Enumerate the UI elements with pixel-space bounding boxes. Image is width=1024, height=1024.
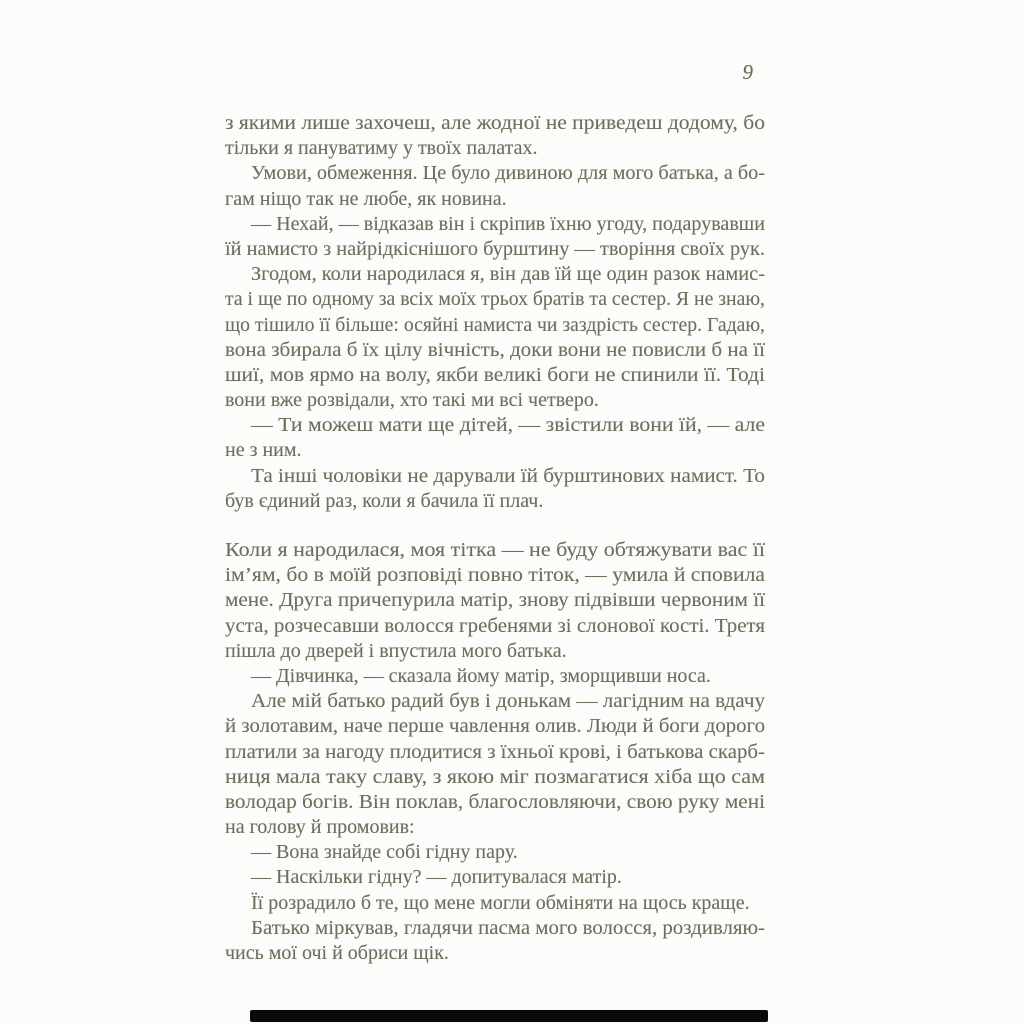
text-line-content: Коли я народилася, моя тітка — не буду о… [225, 538, 765, 563]
text-line-content: уста, розчесавши волосся гребенями зі сл… [225, 614, 765, 639]
text-line: уста, розчесавши волосся гребенями зі сл… [225, 614, 765, 639]
text-line-content: Але мій батько радий був і донькам — лаг… [251, 689, 765, 714]
text-line: Коли я народилася, моя тітка — не буду о… [225, 538, 765, 563]
text-line-content: — Вона знайде собі гідну пару. [251, 840, 518, 865]
book-page: 9 з якими лише захочеш, але жодної не пр… [0, 0, 1024, 1024]
text-line: вони вже розвідали, хто такі ми всі четв… [225, 388, 765, 413]
text-block: з якими лише захочеш, але жодної не прив… [225, 111, 765, 966]
text-line: ім’ям, бо в моїй розповіді повно тіток, … [225, 563, 765, 588]
text-line: Але мій батько радий був і донькам — лаг… [225, 689, 765, 714]
text-line: тільки я пануватиму у твоїх палатах. [225, 136, 765, 161]
text-line-content: Батько міркував, гладячи пасма мого воло… [251, 916, 765, 941]
text-line: — Наскільки гідну? — допитувалася матір. [225, 865, 765, 890]
text-line-content: й золотавим, наче перше чавлення олив. Л… [225, 714, 765, 739]
text-line: — Нехай, — відказав він і скріпив їхню у… [225, 212, 765, 237]
text-line: Її розрадило б те, що мене могли обмінят… [225, 891, 765, 916]
text-line: та і ще по одному за всіх моїх трьох бра… [225, 287, 765, 312]
text-line-content: мене. Друга причепурила матір, знову під… [225, 588, 765, 613]
text-line: й золотавим, наче перше чавлення олив. Л… [225, 714, 765, 739]
text-line: Умови, обмеження. Це було дивиною для мо… [225, 161, 765, 186]
text-line: Згодом, коли народилася я, він дав їй ще… [225, 262, 765, 287]
text-line: Та інші чоловіки не дарували їй бурштино… [225, 464, 765, 489]
text-line-content: Її розрадило б те, що мене могли обмінят… [251, 891, 750, 916]
text-line: чись мої очі й обриси щік. [225, 941, 765, 966]
text-line: їй намисто з найрідкіснішого бурштину — … [225, 237, 765, 262]
text-line-content: Згодом, коли народилася я, він дав їй ще… [251, 262, 765, 287]
text-line-content: Та інші чоловіки не дарували їй бурштино… [251, 464, 765, 489]
text-line-content: — Дівчинка, — сказала йому матір, зморщи… [251, 664, 711, 689]
text-line: вона збирала б їх цілу вічність, доки во… [225, 338, 765, 363]
text-line: ниця мала таку славу, з якою міг позмага… [225, 765, 765, 790]
text-line: платили за нагоду плодитися з їхньої кро… [225, 740, 765, 765]
text-line-content: тільки я пануватиму у твоїх палатах. [225, 136, 538, 161]
page-number: 9 [743, 60, 754, 85]
text-line: мене. Друга причепурила матір, знову під… [225, 588, 765, 613]
text-line-content: що тішило її більше: осяйні намиста чи з… [225, 313, 765, 338]
text-line-content: був єдиний раз, коли я бачила її плач. [225, 489, 543, 514]
text-line-content: вона збирала б їх цілу вічність, доки во… [225, 338, 765, 363]
text-line: на голову й промовив: [225, 815, 765, 840]
text-line: що тішило її більше: осяйні намиста чи з… [225, 313, 765, 338]
text-line-content: їй намисто з найрідкіснішого бурштину — … [225, 237, 765, 262]
text-line: з якими лише захочеш, але жодної не прив… [225, 111, 765, 136]
text-line-content: ім’ям, бо в моїй розповіді повно тіток, … [225, 563, 765, 588]
text-line-content: з якими лише захочеш, але жодної не прив… [225, 111, 765, 136]
text-line: — Вона знайде собі гідну пару. [225, 840, 765, 865]
text-line-content: — Ти можеш мати ще дітей, — звістили вон… [251, 413, 765, 438]
text-line-content: платили за нагоду плодитися з їхньої кро… [225, 740, 765, 765]
text-line: Батько міркував, гладячи пасма мого воло… [225, 916, 765, 941]
text-line-content: ниця мала таку славу, з якою міг позмага… [225, 765, 765, 790]
text-line-content: пішла до дверей і впустила мого батька. [225, 639, 567, 664]
text-line: шиї, мов ярмо на волу, якби великі боги … [225, 363, 765, 388]
text-line-content: та і ще по одному за всіх моїх трьох бра… [225, 287, 765, 312]
text-line-content: шиї, мов ярмо на волу, якби великі боги … [225, 363, 765, 388]
text-line-content: не з ним. [225, 438, 302, 463]
text-line-content: Умови, обмеження. Це було дивиною для мо… [251, 161, 765, 186]
text-line-content: чись мої очі й обриси щік. [225, 941, 449, 966]
text-line: гам ніщо так не любе, як новина. [225, 187, 765, 212]
text-line-content: — Наскільки гідну? — допитувалася матір. [251, 865, 622, 890]
text-line-content: — Нехай, — відказав він і скріпив їхню у… [251, 212, 765, 237]
text-line-content: володар богів. Він поклав, благословляюч… [225, 790, 765, 815]
text-line-content: на голову й промовив: [225, 815, 415, 840]
text-line: — Дівчинка, — сказала йому матір, зморщи… [225, 664, 765, 689]
text-line: пішла до дверей і впустила мого батька. [225, 639, 765, 664]
text-line: — Ти можеш мати ще дітей, — звістили вон… [225, 413, 765, 438]
text-line: був єдиний раз, коли я бачила її плач. [225, 489, 765, 514]
text-line-content: гам ніщо так не любе, як новина. [225, 187, 507, 212]
text-line: не з ним. [225, 438, 765, 463]
text-line-content: вони вже розвідали, хто такі ми всі четв… [225, 388, 599, 413]
text-line: володар богів. Він поклав, благословляюч… [225, 790, 765, 815]
scan-edge-bar [250, 1010, 768, 1022]
